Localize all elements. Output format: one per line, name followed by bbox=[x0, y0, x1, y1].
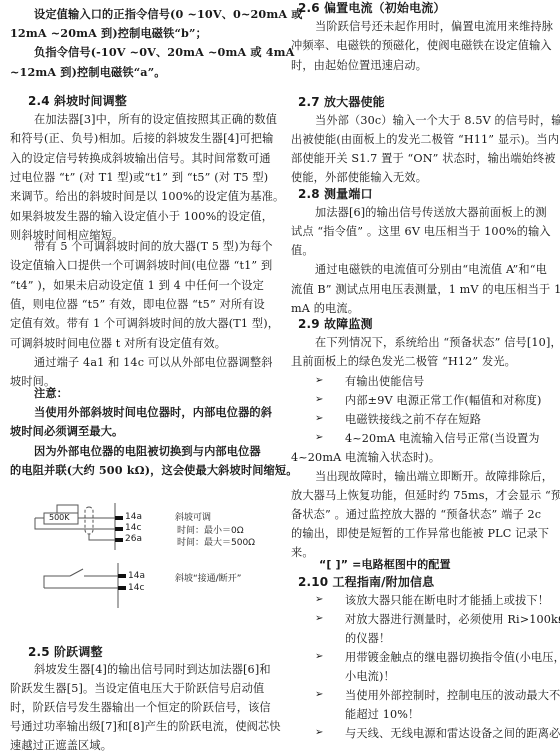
diagram-desc: 时间：最大＝500Ω bbox=[177, 535, 255, 548]
para-line: 部使能开关 S1.7 置于 “ON” 状态时，输出端始终被 bbox=[291, 152, 556, 166]
para-line: 时，阶跃信号发生器输出一个恒定的阶跃信号，该信 bbox=[10, 701, 271, 715]
para-line: 通过端子 4a1 和 14c 可以从外部电位器调整斜 bbox=[34, 356, 273, 370]
para-line: 备状态” 。通过监控放大器的 “预备状态” 端子 2c bbox=[291, 508, 541, 522]
bullet-arrow-icon: ➢ bbox=[315, 413, 323, 424]
bullet-item: 内部±9V 电源正常工作(幅值和对称度) bbox=[345, 394, 541, 408]
bullet-item: 对放大器进行测量时，必须使用 Ri>100kΩ bbox=[345, 613, 560, 627]
para-line: 通过电磁铁的电流值可分别由“电流值 A”和“电 bbox=[315, 263, 547, 277]
para-line: 加法器[6]的输出信号传送放大器前面板上的测 bbox=[315, 206, 547, 220]
para-line: 可调斜坡时间电位器 t 对所有设定值有效。 bbox=[10, 337, 226, 351]
para-line: 的输出，即使是短暂的工作异常也能被 PLC 记录下 bbox=[291, 527, 549, 541]
para-line: 当阶跃信号还未起作用时，偏置电流用来维持脉 bbox=[315, 20, 553, 34]
resistor-label: 500K bbox=[49, 513, 70, 522]
para-line: 设定值输入口提供一个可调斜坡时间(电位器 “t1” 到 bbox=[10, 259, 272, 273]
para-line: 时，由起始位置迅速启动。 bbox=[291, 59, 427, 73]
para-line: 和符号(正、负号)相加。后接的斜坡发生器[4]可把输 bbox=[10, 132, 273, 146]
para-line: 来。 bbox=[291, 546, 314, 560]
section-2-6-heading: 2.6 偏置电流（初始电流） bbox=[298, 1, 446, 15]
bullet-item: 与天线、无线电源和雷达设备之间的距离必 bbox=[345, 727, 560, 741]
section-2-10-heading: 2.10 工程指南/附加信息 bbox=[298, 575, 434, 589]
para-line: 在下列情况下，系统给出 “预备状态” 信号[10]， bbox=[315, 336, 560, 350]
terminal-label: 14c bbox=[128, 583, 144, 593]
para-line: 在加法器[3]中，所有的设定值按照其正确的数值 bbox=[34, 113, 277, 127]
para-line: mA 的电流。 bbox=[291, 302, 359, 316]
para-line: 冲频率、电磁铁的预磁化，使阀电磁铁在设定值输入 bbox=[291, 39, 552, 53]
para-line: 放大器马上恢复功能，但延时约 75ms，才会显示 “预 bbox=[291, 489, 560, 503]
bullet-item: 该放大器只能在断电时才能插上或拔下！ bbox=[345, 594, 549, 608]
para-line: 试点 “指令值” 。这里 6V 电压相当于 100%的输入 bbox=[291, 225, 551, 239]
bullet-arrow-icon: ➢ bbox=[315, 613, 323, 624]
bullet-arrow-icon: ➢ bbox=[315, 689, 323, 700]
bullet-item-cont: 的仪器！ bbox=[345, 632, 390, 646]
bullet-item: 用带镀金触点的继电器切换指令值(小电压， bbox=[345, 651, 560, 665]
note-line: 当使用外部斜坡时间电位器时，内部电位器的斜 bbox=[34, 405, 272, 419]
terminal-label: 14a bbox=[125, 512, 142, 522]
para-line: 定值有效。带有 1 个可调斜坡时间的放大器(T1 型)， bbox=[10, 317, 279, 331]
bullet-continuation: 4~20mA 电流输入状态时)。 bbox=[291, 451, 440, 465]
para-line: 使能，外部使能输入无效。 bbox=[291, 171, 427, 185]
bullet-item-cont: 小电流)！ bbox=[345, 670, 395, 684]
bullet-arrow-icon: ➢ bbox=[315, 594, 323, 605]
para-line: 流值 B” 测试点用电压表测量，1 mV 的电压相当于 1 bbox=[291, 283, 560, 297]
section-2-8-heading: 2.8 测量端口 bbox=[298, 187, 373, 201]
para-line: 速越过正遮盖区域。 bbox=[10, 739, 112, 753]
bullet-arrow-icon: ➢ bbox=[315, 432, 323, 443]
bullet-item: 当使用外部控制时，控制电压的波动最大不 bbox=[345, 689, 560, 703]
note-line: 因为外部电位器的电阻被切换到与内部电位器 bbox=[34, 444, 261, 458]
para-line: 带有 5 个可调斜坡时间的放大器(T 5 型)为每个 bbox=[34, 240, 273, 254]
intro-neg-line2: ~12mA 到)控制电磁铁“a”。 bbox=[10, 65, 166, 79]
intro-pos-line1: 设定值输入口的正指令信号(0 ~10V、0~20mA 或 bbox=[34, 7, 303, 21]
config-note: “[ ]” =电路框图中的配置 bbox=[319, 558, 451, 572]
para-line: 值。 bbox=[291, 244, 314, 258]
para-line: 过电位器 “t” (对 T1 型)或“t1” 到 “t5” (对 T5 型) bbox=[10, 171, 268, 185]
para-line: 值，则电位器 “t5” 有效，即电位器 “t5” 对所有设 bbox=[10, 298, 265, 312]
para-line: 斜坡发生器[4]的输出信号同时到达加法器[6]和 bbox=[34, 663, 271, 677]
note-line: 的电阻并联(大约 500 kΩ)，这会使最大斜坡时间缩短。 bbox=[10, 463, 298, 477]
bullet-item: 4~20mA 电流输入信号正常(当设置为 bbox=[345, 432, 540, 446]
section-2-9-heading: 2.9 故障监测 bbox=[298, 317, 373, 331]
para-line: “t4” )，如果未启动设定值 1 到 4 中任何一个设定 bbox=[10, 279, 264, 293]
para-line: 来调节。给出的斜坡时间是以 100%的设定值为基准。 bbox=[10, 190, 284, 204]
terminal-label: 14c bbox=[125, 523, 141, 533]
para-line: 入的设定信号转换成斜坡输出信号。其时间常数可通 bbox=[10, 152, 271, 166]
para-line: 号通过功率输出级[7]和[8]产生的阶跃电流，使阀芯快 bbox=[10, 720, 281, 734]
terminal-label: 26a bbox=[125, 534, 142, 544]
bullet-arrow-icon: ➢ bbox=[315, 727, 323, 738]
para-line: 如果斜坡发生器的输入设定值小于 100%的设定值， bbox=[10, 210, 273, 224]
ramp-wiring-diagram bbox=[10, 490, 278, 615]
section-2-7-heading: 2.7 放大器使能 bbox=[298, 95, 385, 109]
bullet-arrow-icon: ➢ bbox=[315, 651, 323, 662]
para-line: 阶跃发生器[5]。当设定值电压大于阶跃信号启动值 bbox=[10, 682, 264, 696]
note-line: 坡时间必须调至最大。 bbox=[10, 424, 123, 438]
section-2-4-heading: 2.4 斜坡时间调整 bbox=[28, 94, 127, 108]
bullet-item: 有输出使能信号 bbox=[345, 375, 424, 389]
bullet-item: 电磁铁接线之前不存在短路 bbox=[345, 413, 481, 427]
diagram-desc: 斜坡可调 bbox=[175, 510, 211, 523]
terminal-label: 14a bbox=[128, 571, 145, 581]
section-2-5-heading: 2.5 阶跃调整 bbox=[28, 645, 103, 659]
para-line: 当外部（30c）输入一个大于 8.5V 的信号时，输 bbox=[315, 114, 560, 128]
bullet-arrow-icon: ➢ bbox=[315, 375, 323, 386]
para-line: 当出现故障时，输出端立即断开。故障排除后， bbox=[315, 470, 553, 484]
bullet-item-cont: 能超过 10%！ bbox=[345, 708, 419, 722]
bullet-arrow-icon: ➢ bbox=[315, 394, 323, 405]
intro-neg-line1: 负指令信号(-10V ~0V、20mA ~0mA 或 4mA bbox=[34, 45, 294, 59]
para-line: 出被使能(由面板上的发光二极管 “H11” 显示)。当内 bbox=[291, 133, 559, 147]
intro-pos-line2: 12mA ~20mA 到)控制电磁铁“b”； bbox=[10, 26, 207, 40]
diagram-desc: 斜坡“接通/断开” bbox=[175, 571, 241, 584]
para-line: 且前面板上的绿色发光二极管 “H12” 发光。 bbox=[291, 355, 516, 369]
note-label: 注意： bbox=[34, 386, 68, 400]
